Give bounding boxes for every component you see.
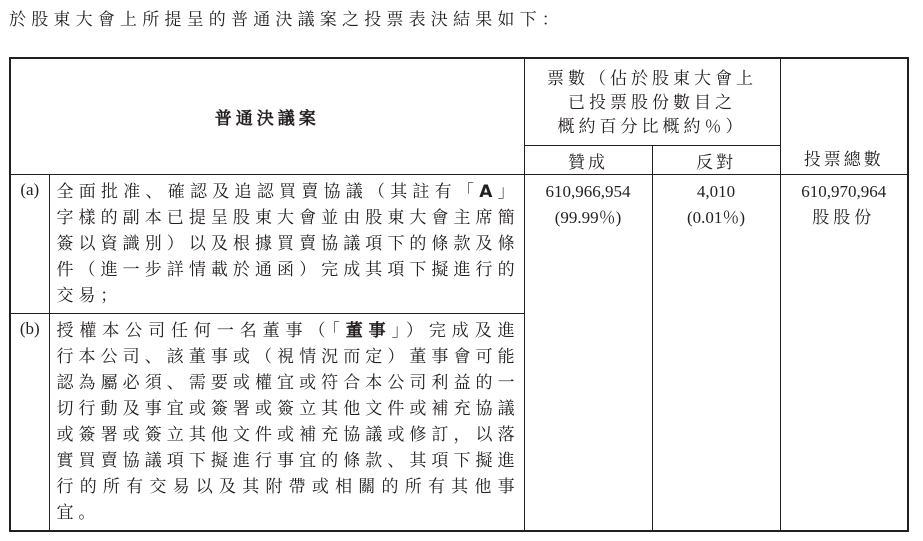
resolution-text-bold: 董事 <box>346 321 392 341</box>
votes-for-percent: (99.99％) <box>525 205 652 231</box>
table-row: (a) 全面批准、確認及追認買賣協議（其註有「A」字樣的副本已提呈股東大會並由股… <box>10 175 908 314</box>
header-resolution: 普通決議案 <box>10 58 524 175</box>
resolution-text: 授權本公司任何一名董事（「董事」）完成及進行本公司、該董事或（視情況而定）董事會… <box>49 314 524 532</box>
votes-for-count: 610,966,954 <box>525 179 652 205</box>
votes-against-percent: (0.01％) <box>653 205 780 231</box>
row-label: (b) <box>10 314 49 532</box>
header-votes-line2: 已投票股份數目之 <box>525 91 780 115</box>
resolution-text: 全面批准、確認及追認買賣協議（其註有「A」字樣的副本已提呈股東大會並由股東大會主… <box>49 175 524 314</box>
header-votes-line1: 票數（佔於股東大會上 <box>525 67 780 91</box>
resolution-text-part: 」）完成及進行本公司、該董事或（視情況而定）董事會可能認為屬必須、需要或權宜或符… <box>57 321 520 523</box>
header-for: 贊成 <box>524 146 652 175</box>
votes-for-cell: 610,966,954 (99.99％) <box>524 175 652 532</box>
voting-results-table: 普通決議案 票數（佔於股東大會上 已投票股份數目之 概約百分比概約％） 投票總數… <box>9 57 909 532</box>
header-votes: 票數（佔於股東大會上 已投票股份數目之 概約百分比概約％） <box>524 58 780 146</box>
resolution-text-part: 全面批准、確認及追認買賣協議（其註有「 <box>57 182 480 202</box>
row-label: (a) <box>10 175 49 314</box>
resolution-text-part: 授權本公司任何一名董事（「 <box>57 321 346 341</box>
resolution-text-bold: A <box>479 182 497 202</box>
header-votes-line3: 概約百分比概約％） <box>525 115 780 139</box>
votes-against-cell: 4,010 (0.01％) <box>652 175 780 532</box>
intro-text: 於股東大會上所提呈的普通決議案之投票表決結果如下： <box>9 9 564 31</box>
header-total: 投票總數 <box>780 58 908 175</box>
votes-against-count: 4,010 <box>653 179 780 205</box>
votes-total-count: 610,970,964 <box>781 179 908 205</box>
header-row-1: 普通決議案 票數（佔於股東大會上 已投票股份數目之 概約百分比概約％） 投票總數 <box>10 58 908 146</box>
header-against: 反對 <box>652 146 780 175</box>
votes-total-unit: 股股份 <box>781 205 908 231</box>
votes-total-cell: 610,970,964 股股份 <box>780 175 908 532</box>
